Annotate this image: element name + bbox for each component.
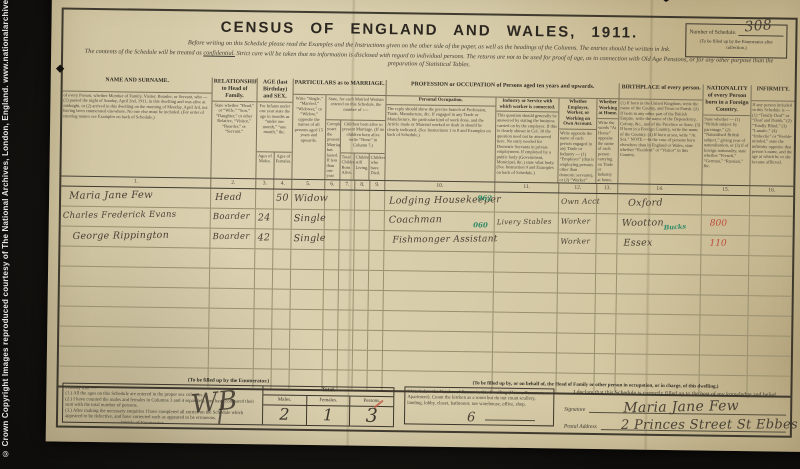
col-children-total: Total Children Born Alive. [339, 153, 355, 180]
col-employment-subheader: Whether Employer, Worker, or Working on … [559, 98, 596, 129]
col-at-home-subheader: Whether Working at Home. [597, 99, 618, 119]
census-table: NAME AND SURNAME. of every Person, wheth… [58, 76, 794, 398]
col-years-married-desc: Completed years the present Marriage has… [326, 121, 339, 180]
instruction-2-pre: The contents of the Schedule will be tre… [85, 48, 204, 57]
col-marriage-header: PARTICULARS as to MARRIAGE. [294, 79, 386, 96]
col-industry: Industry or Service with which worker is… [493, 98, 559, 184]
col-occupation: Personal Occupation. The reply should sh… [385, 96, 496, 183]
table-header: NAME AND SURNAME. of every Person, wheth… [61, 76, 794, 187]
entry-occupation: Fishmonger Assistant [392, 234, 497, 245]
clerk-mark: 110 [709, 239, 726, 249]
entry-employment: Own Acct [561, 197, 600, 206]
col-infirmity-desc: If any person included in this Schedule … [752, 102, 794, 165]
col-children-living: Children still Living. [354, 154, 370, 180]
col-birthplace-header: BIRTHPLACE of every person. [620, 83, 703, 100]
schedule-number-box: Number of Schedule. (To be filled up by … [685, 23, 787, 58]
signature-line: Maria Jane Few [589, 399, 786, 416]
rooms-line [485, 419, 535, 421]
col-number: 10. [385, 181, 495, 192]
totals-males-label: Males. [263, 395, 307, 405]
col-relationship-header: RELATIONSHIP to Head of Family. [212, 78, 256, 102]
col-age-males: Ages of Males. [256, 152, 274, 178]
col-children-total-label: Total Children Born Alive. [341, 154, 353, 175]
col-number: 9. [370, 181, 385, 190]
col-name: NAME AND SURNAME. of every Person, wheth… [61, 76, 212, 178]
col-age: AGE (last Birthday) and SEX. For Infants… [256, 78, 293, 178]
totals-males-value: 2 [263, 405, 307, 425]
col-nationality-desc: State whether — (1) “British subject by … [704, 116, 750, 169]
col-number: 5. [292, 180, 325, 189]
entry-name: Charles Frederick Evans [63, 210, 177, 221]
col-nationality-header: NATIONALITY of every Person born in a Fo… [703, 84, 750, 115]
col-children-died: Children who have Died. [369, 154, 385, 180]
schedule-number-label: Number of Schedule. [689, 29, 736, 36]
col-children-died-label: Children who have Died. [371, 155, 384, 176]
col-number: 11. [495, 183, 559, 193]
enumerator-certification: I certify that :— (1.) All the ages on t… [63, 384, 263, 425]
col-age-females-label: Ages of Females. [275, 154, 291, 165]
col-employment-desc: Write opposite the name of each person e… [559, 130, 595, 183]
enumerator-section: (To be filled up by the Enumerator.) I c… [58, 375, 399, 431]
copyright-strip: © Crown Copyright Images reproduced cour… [1, 88, 10, 458]
census-rows-empty [58, 247, 792, 398]
paper: ◆ CENSUS OF ENGLAND AND WALES, 1911. Bef… [46, 0, 800, 452]
entry-marriage: Single [294, 213, 326, 224]
entry-relationship: Head [215, 192, 242, 203]
occupation-code: 962 [477, 193, 492, 202]
col-age-desc: For Infants under one year state the age… [258, 103, 291, 135]
entry-name: George Rippington [72, 230, 169, 242]
col-occupation-desc: The reply should show the precise branch… [387, 106, 493, 139]
census-scan-1911: { "sidebar": { "copyright": "© Crown Cop… [0, 0, 800, 469]
entry-relationship: Boarder [213, 212, 250, 222]
entry-marriage: Widow [294, 193, 328, 204]
col-number: 8. [355, 181, 370, 190]
form-header: CENSUS OF ENGLAND AND WALES, 1911. Befor… [63, 10, 796, 86]
col-age-header: AGE (last Birthday) and SEX. [257, 78, 292, 102]
paper-tear [652, 0, 684, 2]
col-profession-group: PROFESSION or OCCUPATION of Persons aged… [385, 80, 619, 183]
declaration-statement: I declare that this Schedule is correctl… [564, 390, 786, 399]
address-label: Postal Address [564, 424, 597, 430]
entry-occupation: Coachman [389, 214, 442, 226]
children-note: Children born alive to present Marriage.… [341, 121, 384, 148]
col-children-living-label: Children still Living. [356, 155, 368, 171]
col-married-woman-group: State, for each Married Woman entered on… [324, 95, 386, 180]
col-marriage-group: PARTICULARS as to MARRIAGE. Write “Singl… [292, 79, 386, 180]
col-relationship: RELATIONSHIP to Head of Family. State wh… [211, 78, 257, 179]
col-number: 7. [340, 180, 355, 189]
entry-birthplace: Oxford [628, 197, 663, 208]
table-body: Maria Jane Few Head 50 Widow Lodging Hou… [58, 187, 793, 398]
col-birthplace-desc: (1) If born in the United Kingdom, write… [620, 100, 701, 158]
col-number: 3. [256, 179, 274, 188]
col-relationship-desc: State whether “Head,” or “Wife,” “Son,” … [213, 103, 255, 135]
col-nationality: NATIONALITY of every Person born in a Fo… [702, 84, 751, 185]
initials-label: Initials of Enumerator [121, 419, 163, 424]
col-number: 16. [750, 186, 793, 196]
printed-frame: ◆ CENSUS OF ENGLAND AND WALES, 1911. Bef… [56, 8, 798, 438]
entry-employment: Worker [560, 237, 590, 246]
col-infirmity: INFIRMITY. If any person included in thi… [750, 85, 794, 186]
col-name-desc: of every Person, whether Member of Famil… [63, 93, 210, 121]
col-number: 4. [274, 180, 292, 189]
col-at-home-desc: Write the words “At Home” opposite the n… [597, 120, 617, 183]
declaration-section: (To be filled up by, or on behalf of, th… [398, 379, 791, 435]
col-children-group: Children born alive to present Marriage.… [339, 120, 385, 180]
rooms-value: 6 [467, 410, 476, 425]
col-number: 13. [597, 184, 618, 193]
instruction-2-underlined: confidential. [203, 50, 235, 57]
birthplace-note: Bucks [664, 222, 687, 231]
col-number: 15. [702, 185, 750, 195]
married-woman-note: State, for each Married Woman entered on… [327, 96, 384, 112]
col-industry-desc: This question should generally be answer… [496, 113, 557, 176]
enumerator-initials: WB [190, 385, 239, 420]
rooms-note: Write below the Number of Rooms in this … [407, 388, 551, 407]
col-age-males-label: Ages of Males. [258, 153, 273, 164]
entry-age: 50 [276, 193, 289, 204]
col-at-home: Whether Working at Home. Write the words… [595, 99, 619, 183]
col-number: 6. [325, 180, 340, 189]
col-number: 14. [618, 184, 702, 194]
schedule-number-note: (To be filled up by the Enumerator after… [689, 38, 783, 50]
totals-persons-value: 3 [350, 407, 393, 427]
col-marriage-condition-desc: Write “Single,” “Married,” “Widower,” or… [294, 96, 324, 143]
col-age-females: Ages of Females. [274, 153, 292, 179]
declaration-right: I declare that this Schedule is correctl… [554, 388, 787, 429]
bottom-zone: (To be filled up by the Enumerator.) I c… [58, 375, 791, 436]
col-number: 2. [211, 179, 256, 189]
col-industry-subheader: Industry or Service with which worker is… [496, 98, 559, 113]
entry-birthplace: Wootton [622, 217, 664, 229]
col-infirmity-header: INFIRMITY. [751, 85, 794, 102]
col-marriage-condition: Write “Single,” “Married,” “Widower,” or… [292, 95, 326, 180]
col-employment: Whether Employer, Worker, or Working on … [557, 98, 598, 183]
schedule-number-value: 308 [744, 17, 773, 35]
col-years-married: Completed years the present Marriage has… [324, 120, 341, 180]
entry-industry: Livery Stables [497, 218, 552, 227]
totals-females-value: 1 [307, 406, 351, 426]
col-number: 12. [559, 183, 597, 193]
entry-age: 42 [257, 232, 270, 243]
entry-relationship: Boarder [212, 232, 249, 242]
rooms-box: Write below the Number of Rooms in this … [404, 386, 555, 426]
col-birthplace: BIRTHPLACE of every person. (1) If born … [618, 83, 703, 184]
entry-birthplace: Essex [623, 237, 652, 248]
entry-name: Maria Jane Few [69, 190, 153, 202]
entry-marriage: Single [293, 233, 325, 244]
clerk-mark: 800 [710, 219, 727, 229]
occupation-code: 060 [473, 220, 488, 229]
enumerator-box: I certify that :— (1.) All the ages on t… [62, 383, 395, 428]
signature-label: Signature [564, 407, 585, 413]
signature-value: Maria Jane Few [623, 398, 739, 416]
totals-females-label: Females. [307, 396, 351, 406]
entry-age: 24 [258, 212, 271, 223]
address-line: 2 Princes Street St Ebbes [601, 416, 786, 433]
address-value: 2 Princes Street St Ebbes [621, 417, 798, 433]
entry-employment: Worker [561, 217, 591, 226]
